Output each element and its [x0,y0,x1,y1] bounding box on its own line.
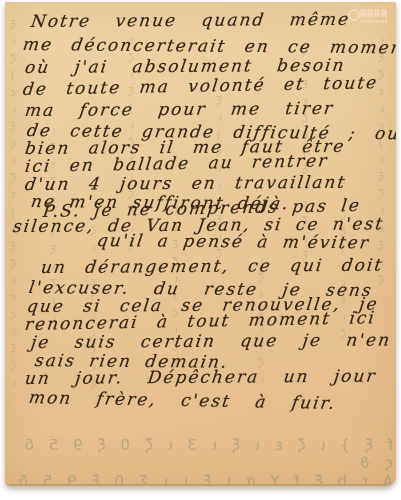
watermark-subtext-icon [361,20,387,23]
letter-photograph: ξ ι ζ } ε ι ξ ς ι ζ ε } ι ξ ζ ι ε ς ι ξ … [0,0,401,500]
ink-bleedthrough: ι ξ ζ ε ι ς } ι ξ ζ ι ε ξ ι ζ [377,32,384,288]
letter-line: je suis certain que je n'en [30,330,393,353]
letter-line: un jour. Dépêchera un jour [24,367,378,389]
letter-line: un dérangement, ce qui doit [40,256,385,278]
ink-bleedthrough-bottom: f ξ } ι ζ ε ι ξ ι 3 ι ζ 0 ξ 9 5 δ ς ϑ A … [11,436,393,486]
ink-bleedthrough: ξ ι ζ } ε ι ξ ς ι ζ ε } ι ξ ζ ι ε ς ι ξ … [9,16,16,391]
letter-line: qu'il a pensé à m'éviter [96,231,372,253]
auction-watermark [347,8,393,26]
watermark-glyphs-icon [360,9,387,17]
letter-paper: ξ ι ζ } ε ι ξ ς ι ζ ε } ι ξ ζ ι ε ς ι ξ … [5,2,396,486]
letter-line: ma force pour me tirer [24,99,336,121]
letter-line: Notre venue quand même [30,10,352,32]
letter-line: mon frère, c'est à fuir. [27,388,337,414]
